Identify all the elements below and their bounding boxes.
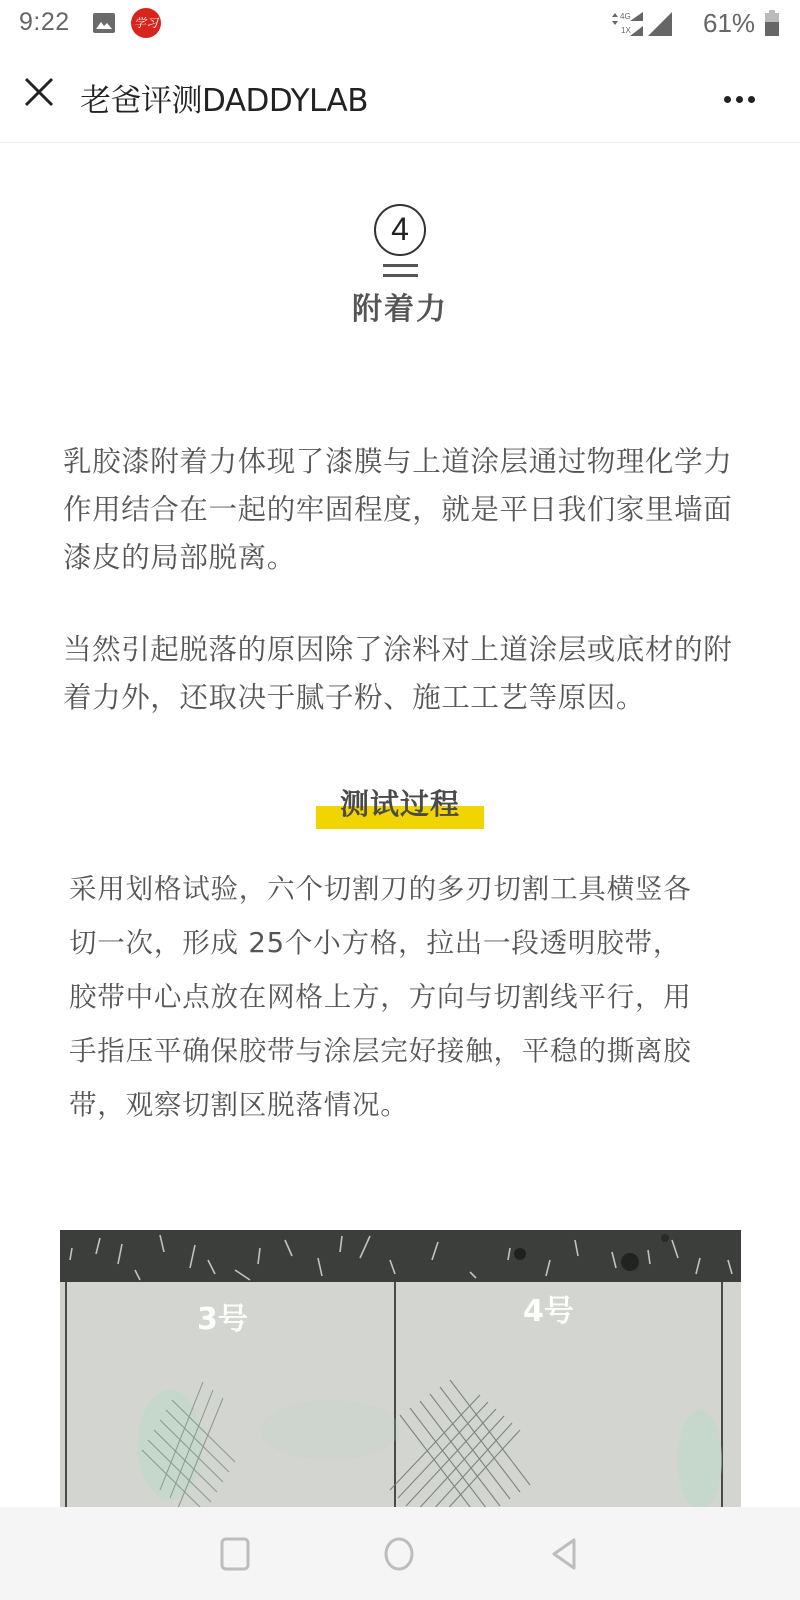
double-bar-divider: [383, 264, 418, 277]
battery-percent: 61%: [703, 8, 755, 39]
article-content[interactable]: 4 附着力 乳胶漆附着力体现了漆膜与上道涂层通过物理化学力作用结合在一起的牢固程…: [0, 144, 800, 1509]
heading-text: 测试过程: [340, 787, 460, 821]
section-title: 附着力: [0, 284, 800, 328]
svg-text:4G: 4G: [620, 12, 631, 21]
signal-icon: 4G 1X: [610, 10, 672, 38]
paragraph-intro: 乳胶漆附着力体现了漆膜与上道涂层通过物理化学力作用结合在一起的牢固程度，就是平日…: [63, 438, 743, 582]
page-title: 老爸评测DADDYLAB: [80, 75, 368, 120]
sample-label-4: 4号: [523, 1286, 574, 1330]
app-badge-icon: 学习: [131, 8, 161, 38]
system-navigation-bar: [0, 1507, 800, 1600]
recents-button[interactable]: [218, 1537, 252, 1571]
svg-text:1X: 1X: [621, 26, 631, 35]
nav-bar: 老爸评测DADDYLAB: [0, 50, 800, 143]
crosshatch-marks: [60, 1230, 741, 1509]
paragraph-causes: 当然引起脱落的原因除了涂料对上道涂层或底材的附着力外，还取决于腻子粉、施工工艺等…: [63, 626, 743, 722]
section-header: 4 附着力: [0, 204, 800, 328]
subsection-heading: 测试过程: [0, 782, 800, 823]
home-circle-icon: [382, 1537, 416, 1571]
battery-icon: [765, 10, 779, 36]
paragraph-process: 采用划格试验，六个切割刀的多刃切割工具横竖各切一次，形成 25个小方格，拉出一段…: [69, 862, 709, 1132]
recents-square-icon: [218, 1537, 252, 1571]
section-number: 4: [374, 204, 426, 256]
home-button[interactable]: [382, 1537, 416, 1571]
image-notification-icon: [93, 13, 115, 33]
status-time: 9:22: [19, 8, 70, 37]
more-dots-icon: [724, 96, 731, 103]
sample-label-3: 3号: [197, 1294, 248, 1338]
back-button[interactable]: [548, 1537, 582, 1571]
close-icon: [22, 75, 58, 111]
more-dot: [748, 96, 755, 103]
close-button[interactable]: [22, 75, 58, 111]
highlighted-heading: 测试过程: [316, 782, 484, 823]
test-photo[interactable]: 3号 4号: [60, 1230, 741, 1509]
back-triangle-icon: [548, 1537, 582, 1571]
status-bar: 9:22 学习 4G 1X 61%: [0, 0, 800, 50]
more-dot: [736, 96, 743, 103]
more-button[interactable]: [724, 88, 764, 100]
